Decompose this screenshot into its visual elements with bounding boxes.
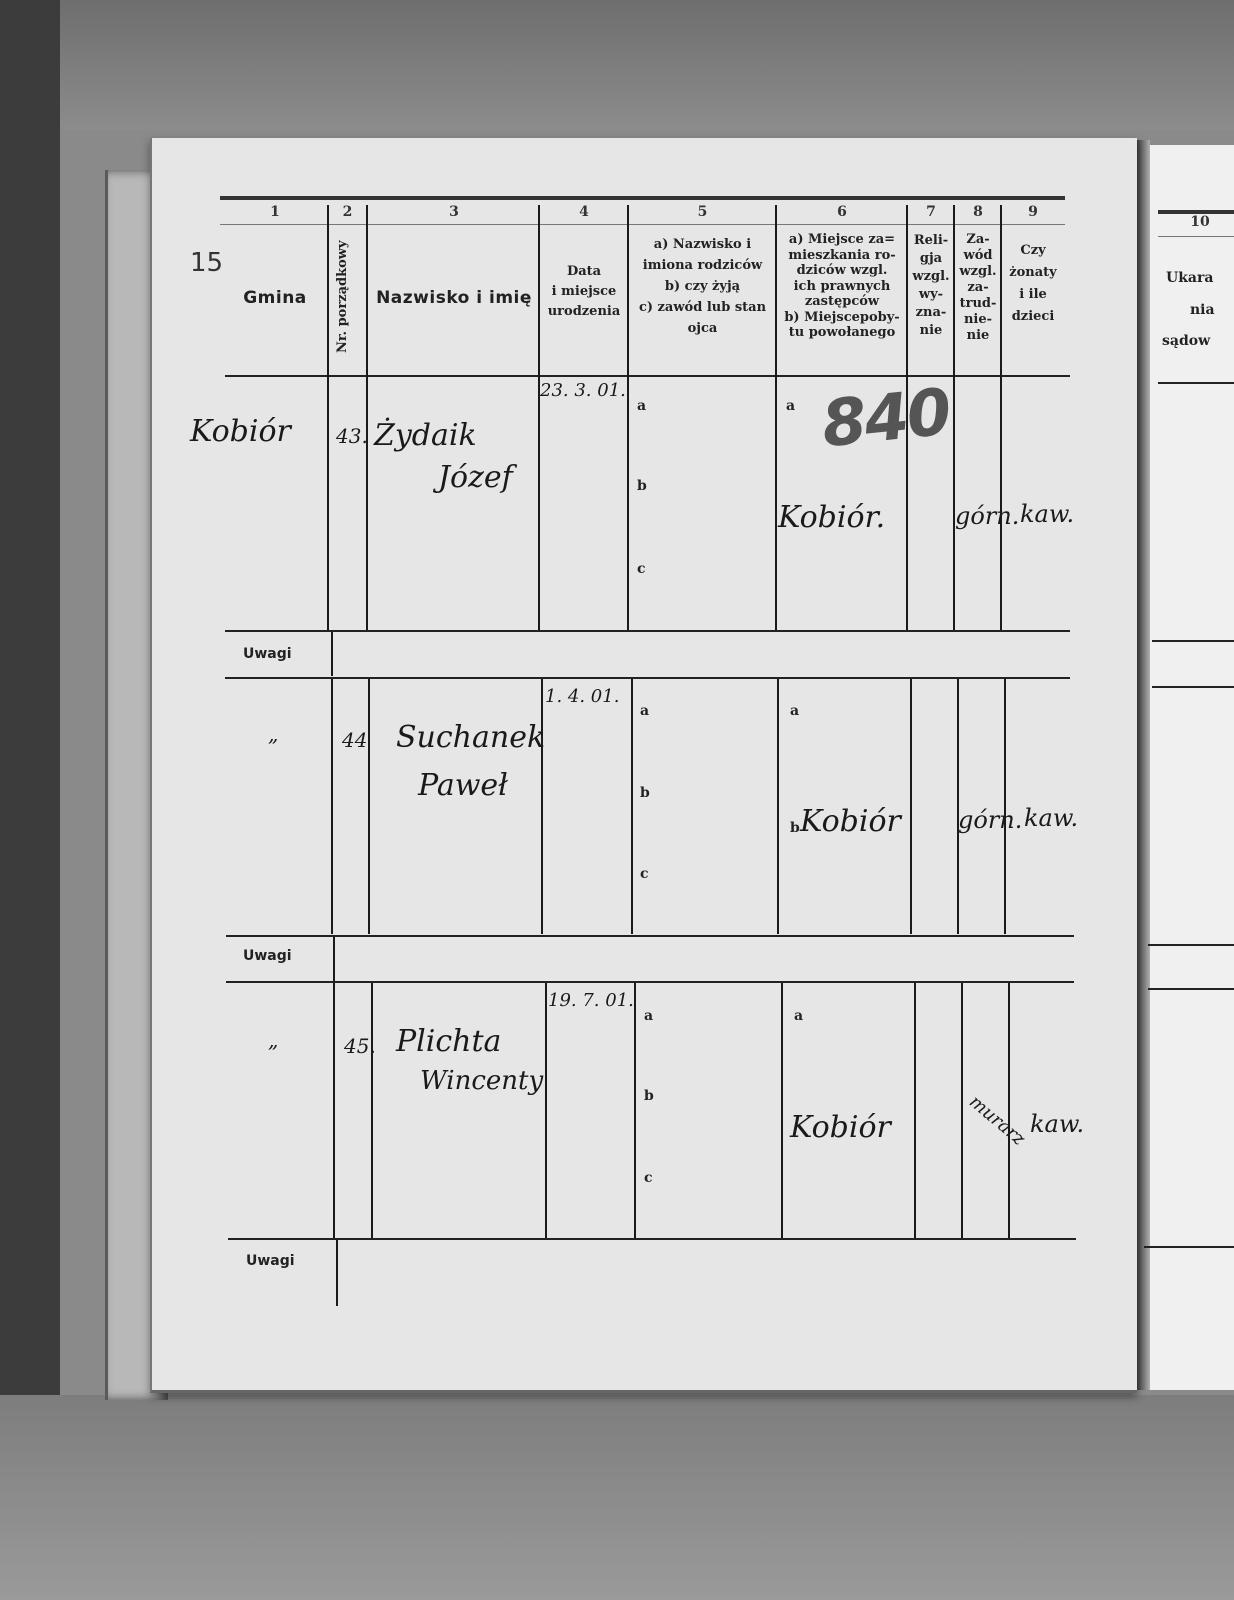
sub-label-b: b xyxy=(644,1088,654,1104)
entry-occupation: górn. xyxy=(958,806,1022,834)
header-religion: Reli- gja wzgl. wy- zna- nie xyxy=(908,232,954,340)
entry-nr: 43. xyxy=(336,424,368,448)
sub-label-a: a xyxy=(640,703,649,719)
col-divider-1 xyxy=(331,679,333,934)
column-number-6: 6 xyxy=(777,204,907,220)
col-divider-4 xyxy=(627,205,629,630)
header-residence: a) Miejsce za= mieszkania ro- dziców wzg… xyxy=(777,232,907,341)
col-divider-1 xyxy=(333,983,335,1238)
header-nazwisko-imie: Nazwisko i imię xyxy=(370,290,538,306)
column-number-10: 10 xyxy=(1180,214,1220,230)
col-divider-6 xyxy=(910,679,912,934)
column-number-4: 4 xyxy=(540,204,628,220)
column-number-2: 2 xyxy=(330,204,365,220)
scan-background-top xyxy=(0,0,1234,130)
sub-label-a: a xyxy=(637,398,646,414)
sub-label-c: c xyxy=(644,1170,653,1186)
col10-rule-2 xyxy=(1152,686,1234,688)
col-divider-2 xyxy=(366,205,368,630)
remarks-divider xyxy=(336,1240,338,1306)
col10-rule-4 xyxy=(1148,988,1234,990)
entry-marital: kaw. xyxy=(1024,804,1078,832)
col-divider-7 xyxy=(961,983,963,1238)
remarks-label: Uwagi xyxy=(246,1253,295,1269)
col-divider-5 xyxy=(777,679,779,934)
entry-given-name: Józef xyxy=(438,460,513,495)
sub-label-a: a xyxy=(644,1008,653,1024)
col-divider-5 xyxy=(781,983,783,1238)
col-divider-2 xyxy=(371,983,373,1238)
column-number-3: 3 xyxy=(370,204,538,220)
col10-rule-1 xyxy=(1152,640,1234,642)
page-number: 15 xyxy=(190,248,223,278)
col-divider-8 xyxy=(1000,205,1002,630)
col-divider-3 xyxy=(545,983,547,1238)
entry-residence: Kobiór. xyxy=(778,500,885,535)
entry-gmina: Kobiór xyxy=(190,414,291,449)
row-rule xyxy=(226,935,1074,937)
header-penalties-2: nia xyxy=(1190,302,1215,318)
entry-nr: 45. xyxy=(344,1034,376,1058)
header-birth: Data i miejsce urodzenia xyxy=(540,264,628,320)
col10-rule-5 xyxy=(1144,1246,1234,1248)
remarks-divider xyxy=(333,937,335,981)
stamp-number: 840 xyxy=(818,376,953,463)
col-divider-6 xyxy=(914,983,916,1238)
remarks-divider xyxy=(331,632,333,676)
sub-label-c: c xyxy=(640,866,649,882)
column-number-7: 7 xyxy=(908,204,954,220)
column-number-1: 1 xyxy=(225,204,325,220)
col10-rule-3 xyxy=(1148,944,1234,946)
col-divider-7 xyxy=(953,205,955,630)
col10-num-rule xyxy=(1158,236,1234,237)
entry-nr: 44 xyxy=(342,728,367,752)
entry-marital: kaw. xyxy=(1020,500,1074,528)
entry-marital: kaw. xyxy=(1030,1110,1084,1138)
facing-page xyxy=(1148,145,1234,1390)
sub-label-b: b xyxy=(790,820,800,836)
header-marital: Czy żonaty i ile dzieci xyxy=(1002,240,1064,328)
entry-gmina-ditto: „ xyxy=(268,722,278,746)
header-nr-porzadkowy: Nr. porządkowy xyxy=(335,243,351,353)
col10-header-bottom xyxy=(1158,382,1234,384)
entry-residence: Kobiór xyxy=(790,1110,891,1145)
entry-given-name: Wincenty xyxy=(420,1066,543,1096)
col-divider-3 xyxy=(541,679,543,934)
remarks-label: Uwagi xyxy=(243,646,292,662)
header-gmina: Gmina xyxy=(225,290,325,306)
row-rule xyxy=(225,630,1070,632)
sub-label-c: c xyxy=(637,561,646,577)
column-number-5: 5 xyxy=(630,204,775,220)
colnum-rule xyxy=(220,224,1065,225)
col-divider-8 xyxy=(1008,983,1010,1238)
scan-background-left xyxy=(0,0,60,1600)
entry-surname: Suchanek xyxy=(396,720,545,755)
sub-label-a: a xyxy=(790,703,799,719)
scan-background-bottom xyxy=(0,1395,1234,1600)
col-divider-4 xyxy=(631,679,633,934)
col-divider-4 xyxy=(634,983,636,1238)
entry-birth-date: 23. 3. 01. xyxy=(540,380,626,401)
row-rule xyxy=(225,677,1070,679)
entry-occupation: górn. xyxy=(955,502,1019,530)
col-divider-1 xyxy=(327,205,329,630)
header-parents: a) Nazwisko i imiona rodziców b) czy żyj… xyxy=(630,234,775,339)
entry-birth-date: 19. 7. 01. xyxy=(548,990,634,1011)
entry-birth-date: 1. 4. 01. xyxy=(545,686,619,707)
col-divider-3 xyxy=(538,205,540,630)
column-number-9: 9 xyxy=(1002,204,1064,220)
col-divider-5 xyxy=(775,205,777,630)
entry-surname: Plichta xyxy=(396,1024,501,1059)
header-top-rule xyxy=(220,196,1065,200)
sub-label-a: a xyxy=(786,398,795,414)
remarks-label: Uwagi xyxy=(243,948,292,964)
header-occupation: Za- wód wzgl. za- trud- nie- nie xyxy=(955,232,1001,344)
entry-surname: Żydaik xyxy=(374,418,477,453)
column-number-8: 8 xyxy=(955,204,1001,220)
entry-residence: Kobiór xyxy=(800,804,901,839)
entry-given-name: Paweł xyxy=(418,768,508,803)
entry-gmina-ditto: „ xyxy=(268,1028,278,1052)
sub-label-b: b xyxy=(637,478,647,494)
row-rule xyxy=(228,1238,1076,1240)
header-penalties-1: Ukara xyxy=(1166,270,1213,286)
sub-label-a: a xyxy=(794,1008,803,1024)
col-divider-2 xyxy=(368,679,370,934)
row-rule xyxy=(226,981,1074,983)
header-penalties-3: sądow xyxy=(1162,333,1210,349)
sub-label-b: b xyxy=(640,785,650,801)
